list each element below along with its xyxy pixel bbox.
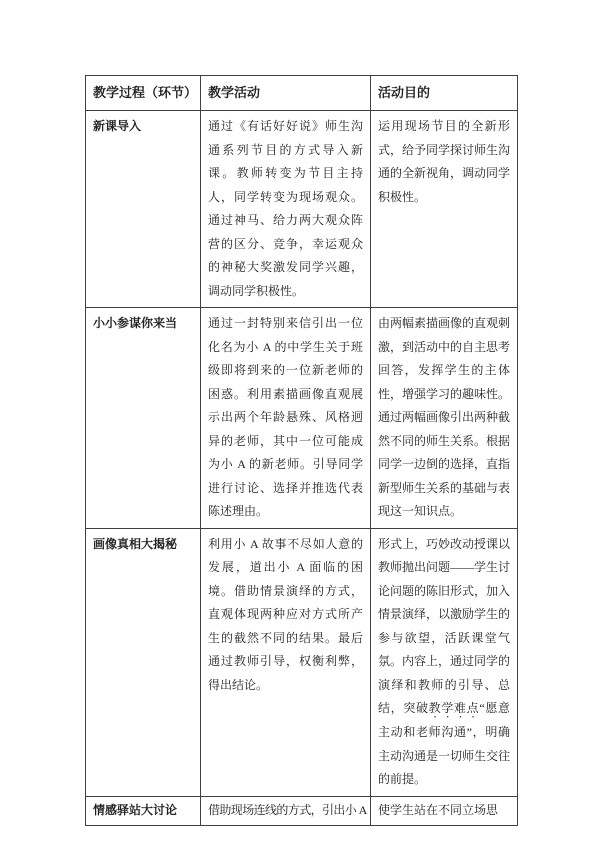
purpose-cell: 使学生站在不同立场思 (371, 796, 518, 825)
activity-cell: 通过《有话好好说》师生沟通系列节目的方式导入新课。教师转变为节目主持人，同学转变… (201, 111, 371, 308)
table-row: 小小参谋你来当 通过一封特别来信引出一位化名为小 A 的中学生关于班级即将到来的… (86, 308, 518, 529)
lesson-plan-table: 教学过程（环节） 教学活动 活动目的 新课导入 通过《有话好好说》师生沟通系列节… (85, 75, 518, 826)
stage-cell: 小小参谋你来当 (86, 308, 201, 529)
activity-cell: 借助现场连线的方式，引出小 A (201, 796, 371, 825)
stage-cell: 画像真相大揭秘 (86, 528, 201, 796)
document-page: 教学过程（环节） 教学活动 活动目的 新课导入 通过《有话好好说》师生沟通系列节… (0, 0, 600, 848)
header-activity-purpose: 活动目的 (371, 76, 518, 111)
purpose-emphasized-text: 教学难点 (429, 701, 480, 715)
activity-cell: 利用小 A 故事不尽如人意的发展，道出小 A 面临的困境。借助情景演绎的方式，直… (201, 528, 371, 796)
table-row-truncated: 情感驿站大讨论 借助现场连线的方式，引出小 A 使学生站在不同立场思 (86, 796, 518, 825)
purpose-cell: 形式上，巧妙改动授课以教师抛出问题——学生讨论问题的陈旧形式，加入情景演绎，以激… (371, 528, 518, 796)
table-row: 新课导入 通过《有话好好说》师生沟通系列节目的方式导入新课。教师转变为节目主持人… (86, 111, 518, 308)
header-teaching-activity: 教学活动 (201, 76, 371, 111)
header-teaching-process: 教学过程（环节） (86, 76, 201, 111)
purpose-cell: 由两幅素描画像的直观刺激，到活动中的自主思考回答，发挥学生的主体性，增强学习的趣… (371, 308, 518, 529)
purpose-cell: 运用现场节目的全新形式，给予同学探讨师生沟通的全新视角，调动同学积极性。 (371, 111, 518, 308)
table-row: 画像真相大揭秘 利用小 A 故事不尽如人意的发展，道出小 A 面临的困境。借助情… (86, 528, 518, 796)
activity-cell: 通过一封特别来信引出一位化名为小 A 的中学生关于班级即将到来的一位新老师的困惑… (201, 308, 371, 529)
header-row: 教学过程（环节） 教学活动 活动目的 (86, 76, 518, 111)
purpose-text: 形式上，巧妙改动授课以教师抛出问题——学生讨论问题的陈旧形式，加入情景演绎，以激… (378, 537, 510, 716)
stage-cell: 情感驿站大讨论 (86, 796, 201, 825)
stage-cell: 新课导入 (86, 111, 201, 308)
